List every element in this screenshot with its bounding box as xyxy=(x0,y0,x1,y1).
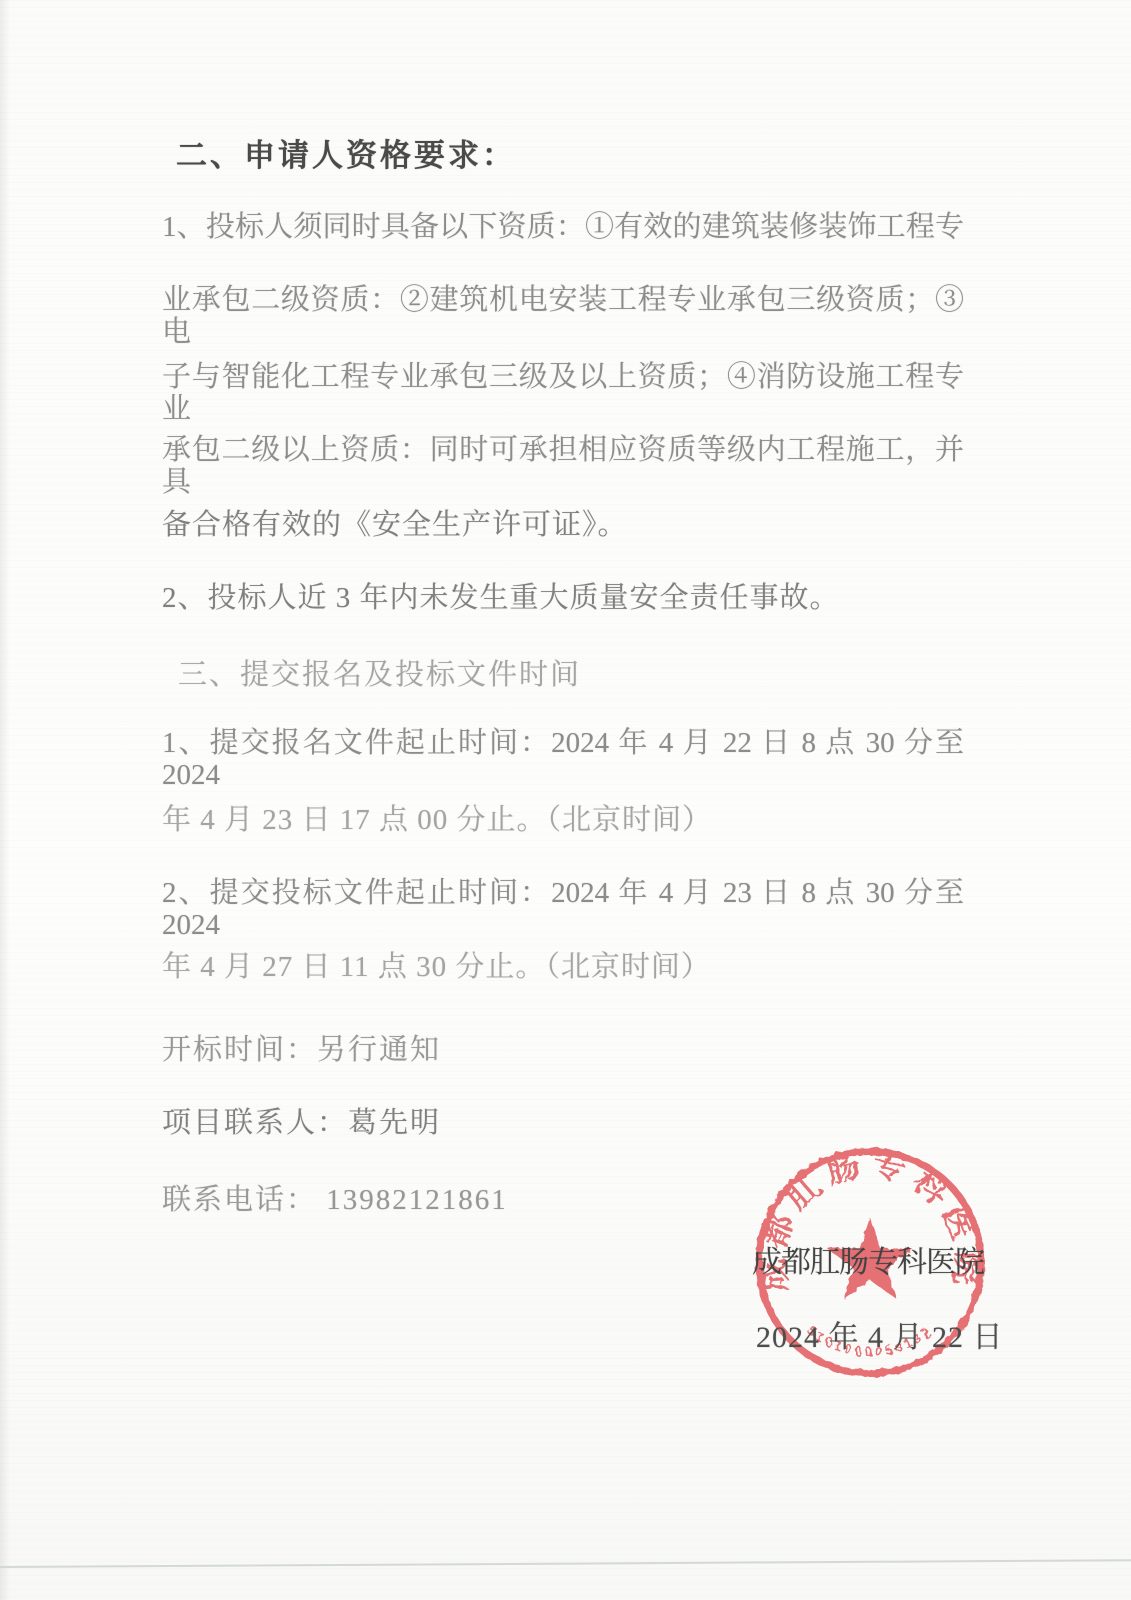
scan-edge-line xyxy=(0,1559,1131,1568)
section-3-heading: 三、提交报名及投标文件时间 xyxy=(178,659,581,691)
registration-time-line-1: 1、提交报名文件起止时间：2024 年 4 月 22 日 8 点 30 分至 2… xyxy=(162,727,964,792)
signature-org-name: 成都肛肠专科医院 xyxy=(752,1246,984,1279)
bid-submission-time-line-2: 年 4 月 27 日 11 点 30 分止。（北京时间） xyxy=(162,951,711,983)
qualification-line-5: 备合格有效的《安全生产许可证》。 xyxy=(162,509,628,541)
contact-phone: 联系电话： 13982121861 xyxy=(162,1184,508,1216)
qualification-item-2: 2、投标人近 3 年内未发生重大质量安全责任事故。 xyxy=(162,582,840,614)
project-contact-person: 项目联系人：葛先明 xyxy=(162,1107,441,1139)
bid-submission-time-line-1: 2、提交投标文件起止时间：2024 年 4 月 23 日 8 点 30 分至 2… xyxy=(162,877,964,942)
left-scan-shade xyxy=(0,0,10,1600)
qualification-line-3: 子与智能化工程专业承包三级及以上资质；④消防设施工程专业 xyxy=(162,361,964,426)
signature-date: 2024 年 4 月 22 日 xyxy=(756,1321,1004,1354)
registration-time-line-2: 年 4 月 23 日 17 点 00 分止。（北京时间） xyxy=(162,804,712,836)
section-2-heading: 二、申请人资格要求： xyxy=(176,139,516,174)
scanned-tender-document-page: { "document": { "lines": [ "二、申请人资格要求：",… xyxy=(0,0,1131,1600)
qualification-line-1: 1、投标人须同时具备以下资质：①有效的建筑装修装饰工程专 xyxy=(162,211,964,243)
bid-opening-time: 开标时间：另行通知 xyxy=(162,1034,441,1066)
qualification-line-4: 承包二级以上资质：同时可承担相应资质等级内工程施工，并具 xyxy=(162,434,964,499)
qualification-line-2: 业承包二级资质：②建筑机电安装工程专业承包三级资质；③电 xyxy=(162,284,964,349)
